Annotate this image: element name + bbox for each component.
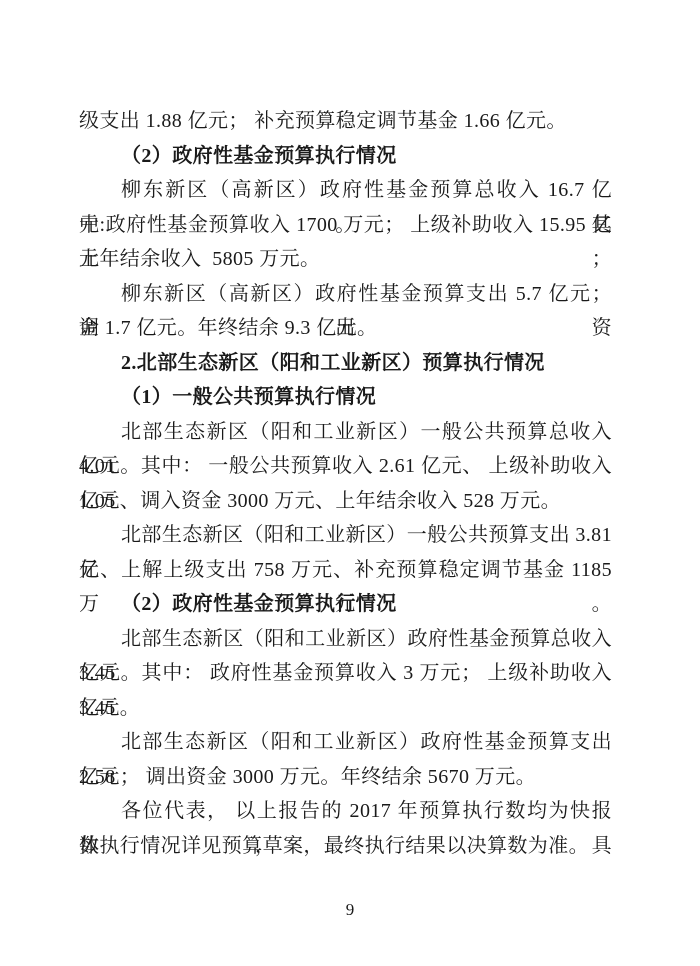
body-line: 柳东新区（高新区）政府性基金预算支出 5.7 亿元； 调出资 [79,277,612,312]
section-heading: （2）政府性基金预算执行情况 [79,139,612,174]
body-line: 体执行情况详见预算草案，最终执行结果以决算数为准。 [79,829,612,864]
document-page: 级支出 1.88 亿元； 补充预算稳定调节基金 1.66 亿元。 （2）政府性基… [0,0,700,966]
body-line: 中:政府性基金预算收入 1700 万元； 上级补助收入 15.95 亿元； [79,208,612,243]
body-line: 亿元、调入资金 3000 万元、上年结余收入 528 万元。 [79,484,612,519]
body-line: 北部生态新区（阳和工业新区）政府性基金预算支出 2.58 [79,725,612,760]
section-heading: （1）一般公共预算执行情况 [79,380,612,415]
body-line: 北部生态新区（阳和工业新区）政府性基金预算总收入 3.45 [79,622,612,657]
body-line: 级支出 1.88 亿元； 补充预算稳定调节基金 1.66 亿元。 [79,104,612,139]
page-number: 9 [0,900,700,920]
body-line: 各位代表， 以上报告的 2017 年预算执行数均为快报数， 具 [79,794,612,829]
document-body: 级支出 1.88 亿元； 补充预算稳定调节基金 1.66 亿元。 （2）政府性基… [79,104,612,863]
body-line: 北部生态新区（阳和工业新区）一般公共预算支出 3.81 亿 [79,518,612,553]
body-line: 亿元。 [79,691,612,726]
body-line: 北部生态新区（阳和工业新区）一般公共预算总收入 4.01 [79,415,612,450]
body-line: 元、上解上级支出 758 万元、补充预算稳定调节基金 1185 万元。 [79,553,612,588]
section-heading: 2.北部生态新区（阳和工业新区）预算执行情况 [79,346,612,381]
body-line: 亿元。其中： 政府性基金预算收入 3 万元； 上级补助收入 3.45 [79,656,612,691]
body-line: 亿元； 调出资金 3000 万元。年终结余 5670 万元。 [79,760,612,795]
body-line: 亿元。其中： 一般公共预算收入 2.61 亿元、 上级补助收入 1.05 [79,449,612,484]
body-line: 柳东新区（高新区）政府性基金预算总收入 16.7 亿元。其 [79,173,612,208]
